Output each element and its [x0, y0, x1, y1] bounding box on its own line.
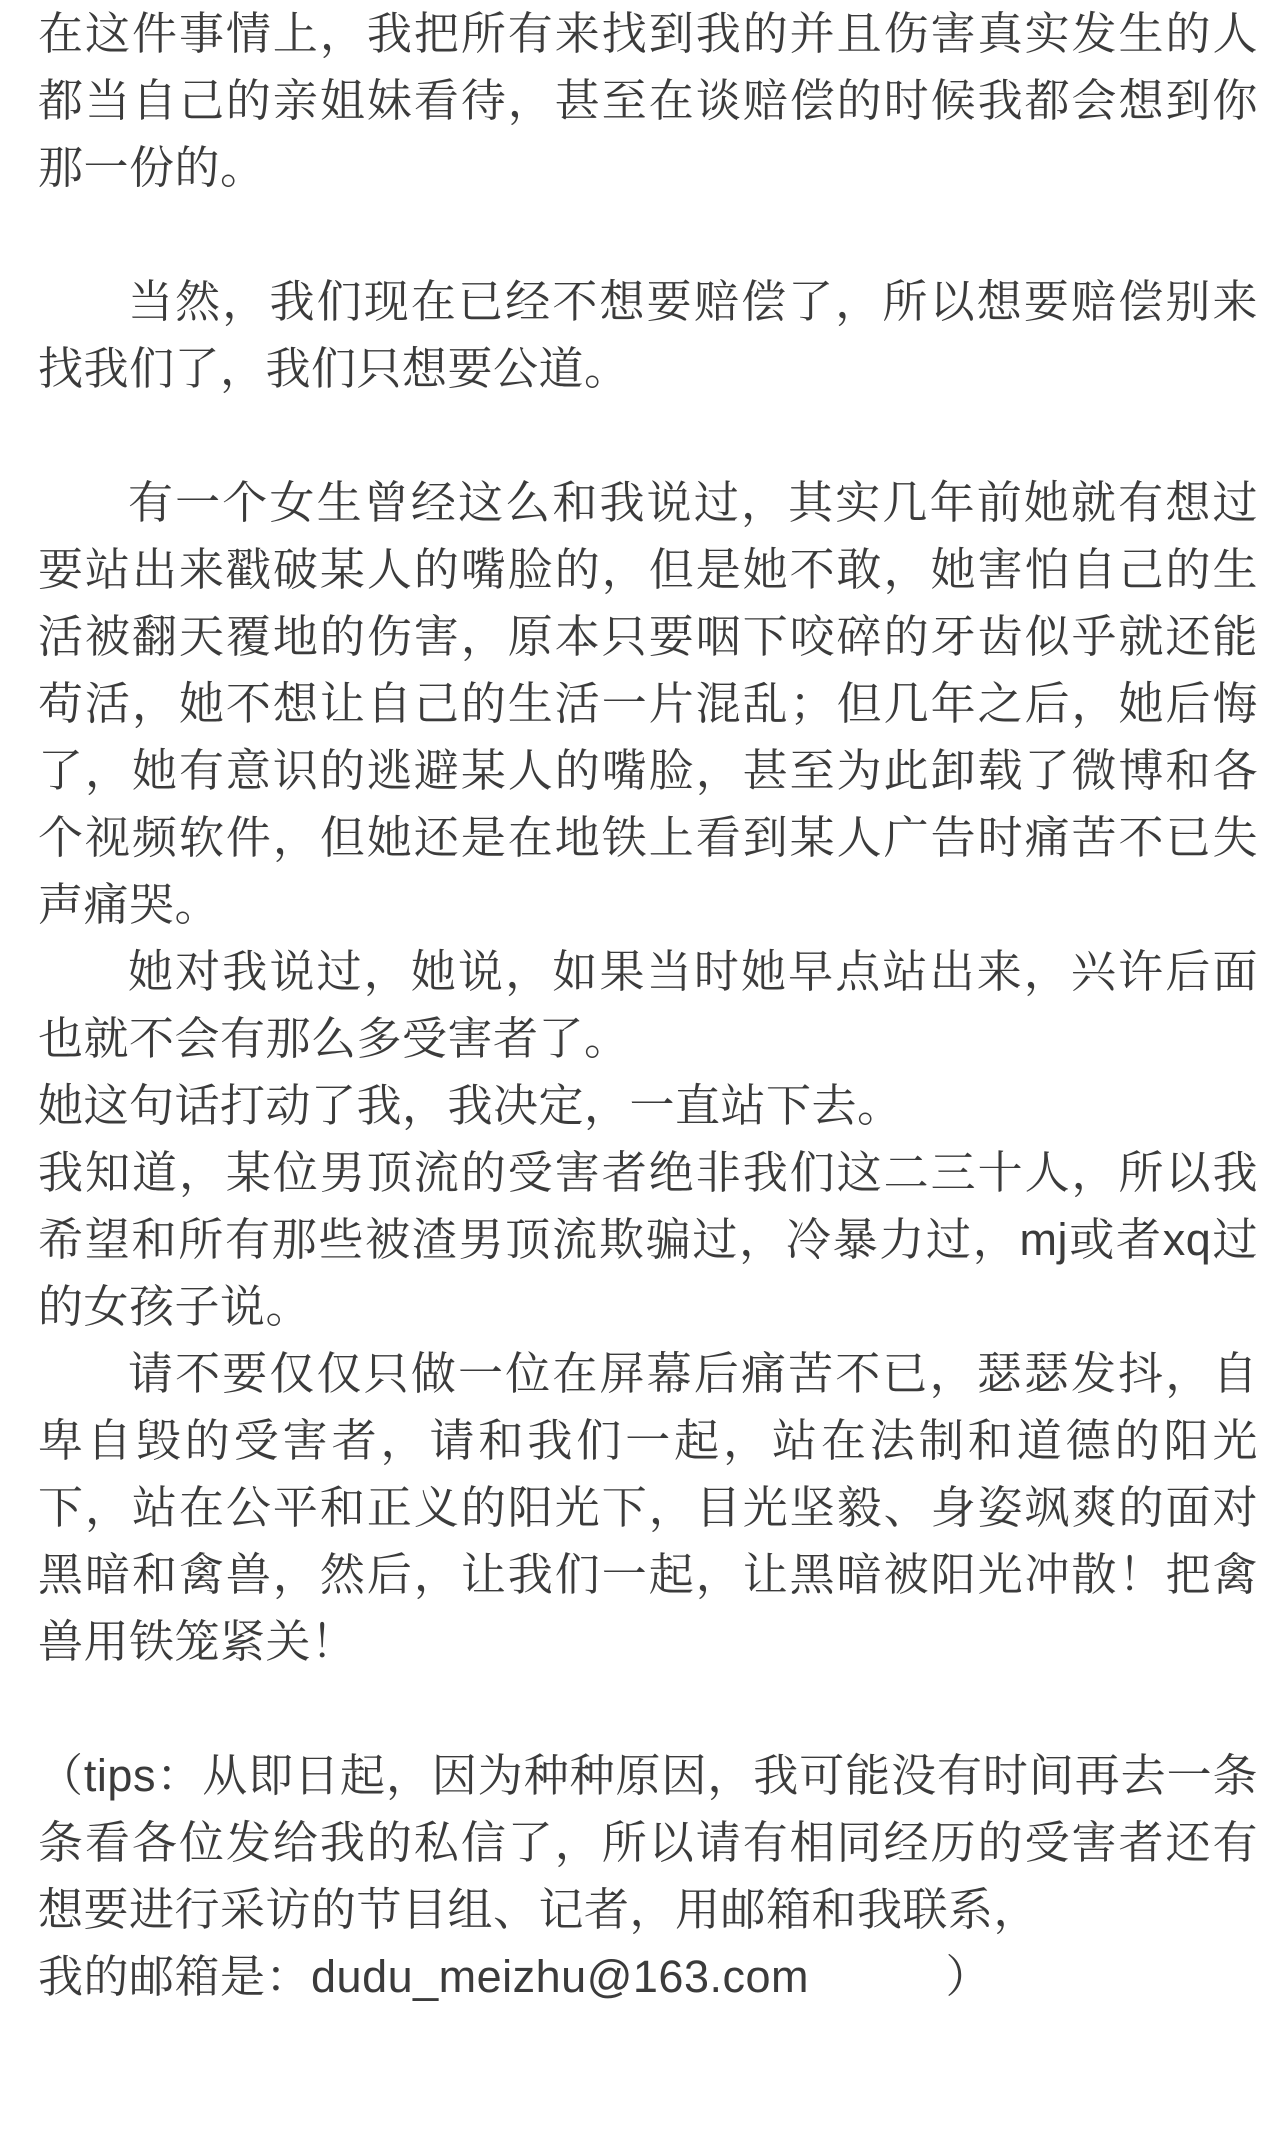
email-spacer — [809, 1951, 946, 2002]
paragraph-compensation-sisters: 在这件事情上，我把所有来找到我的并且伤害真实发生的人都当自己的亲姐妹看待，甚至在… — [38, 0, 1258, 201]
paragraph-stand-in-sunlight: 请不要仅仅只做一位在屏幕后痛苦不已，瑟瑟发抖，自卑自毁的受害者，请和我们一起，站… — [38, 1340, 1258, 1675]
document-page: 在这件事情上，我把所有来找到我的并且伤害真实发生的人都当自己的亲姐妹看待，甚至在… — [0, 0, 1284, 2144]
paragraph-she-told-me: 她对我说过，她说，如果当时她早点站出来，兴许后面也就不会有那么多受害者了。 — [38, 938, 1258, 1072]
paragraph-decision: 她这句话打动了我，我决定，一直站下去。 — [38, 1072, 1258, 1139]
closing-paren: ） — [946, 1951, 992, 2002]
paragraph-no-compensation: 当然，我们现在已经不想要赔偿了，所以想要赔偿别来找我们了，我们只想要公道。 — [38, 268, 1258, 402]
contact-line: 我的邮箱是：dudu_meizhu@163.com ） — [38, 1943, 1258, 2010]
paragraph-girl-story: 有一个女生曾经这么和我说过，其实几年前她就有想过要站出来戳破某人的嘴脸的，但是她… — [38, 469, 1258, 938]
paragraph-call-to-victims: 我知道，某位男顶流的受害者绝非我们这二三十人，所以我希望和所有那些被渣男顶流欺骗… — [38, 1139, 1258, 1340]
email-label: 我的邮箱是： — [38, 1951, 311, 2002]
paragraph-tips-note: （tips：从即日起，因为种种原因，我可能没有时间再去一条条看各位发给我的私信了… — [38, 1742, 1258, 1943]
email-address: dudu_meizhu@163.com — [311, 1951, 809, 2002]
